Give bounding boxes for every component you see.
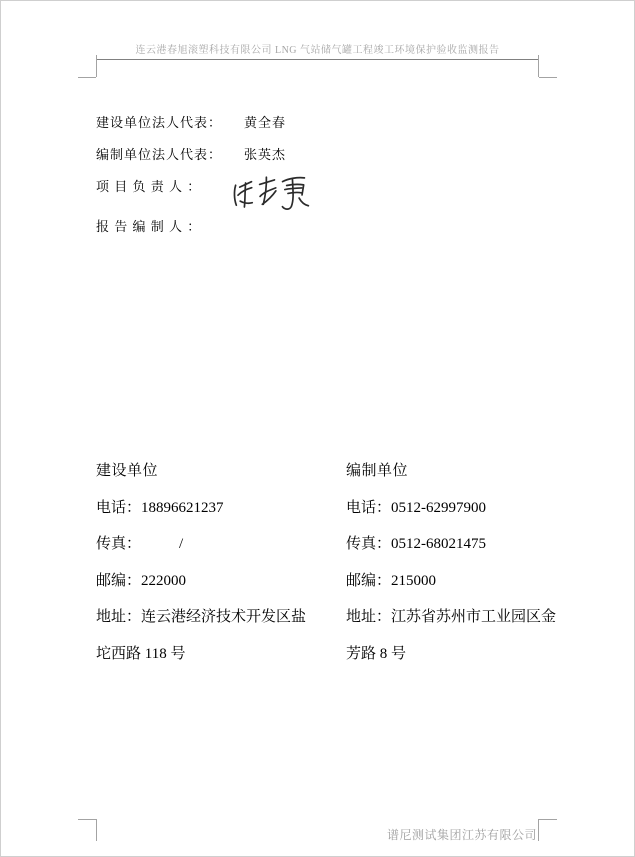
crop-mark-bottom-right-vertical <box>538 819 539 841</box>
compiler-phone-value: 0512-62997900 <box>391 500 486 516</box>
compiler-phone-row: 电话：0512-62997900 <box>346 490 564 527</box>
builder-contact-block: 建设单位 电话：18896621237 传真：/ 邮编：222000 地址：连云… <box>96 453 341 672</box>
compiler-zip-row: 邮编：215000 <box>346 563 564 600</box>
builder-phone-row: 电话：18896621237 <box>96 490 314 527</box>
report-author-label: 报 告 编 制 人 ： <box>96 219 201 234</box>
compiler-legal-representative-value: 张英杰 <box>244 147 286 162</box>
builder-zip-label: 邮编： <box>96 573 141 589</box>
crop-mark-top-left-foot <box>78 77 96 78</box>
page-header-title: 连云港春旭滚塑科技有限公司 LNG 气站储气罐工程竣工环境保护验收监测报告 <box>96 41 539 56</box>
compiler-address-row: 地址：江苏省苏州市工业园区金芳路 8 号 <box>346 599 564 672</box>
builder-phone-value: 18896621237 <box>141 500 224 516</box>
builder-legal-representative-row: 建设单位法人代表：黄全春 <box>96 113 516 132</box>
builder-phone-label: 电话： <box>96 500 141 516</box>
builder-legal-representative-value: 黄全春 <box>244 115 286 130</box>
builder-zip-value: 222000 <box>141 573 186 589</box>
crop-mark-top-right-foot <box>539 77 557 78</box>
compiler-fax-value: 0512-68021475 <box>391 536 486 552</box>
crop-mark-bottom-left-foot <box>78 819 96 820</box>
compiler-zip-label: 邮编： <box>346 573 391 589</box>
compiler-address-label: 地址： <box>346 609 391 625</box>
page-footer-company: 谱尼测试集团江苏有限公司 <box>387 826 537 843</box>
builder-address-label: 地址： <box>96 609 141 625</box>
header-rule <box>96 59 539 60</box>
crop-mark-top-right-vertical <box>538 55 539 77</box>
compiler-legal-representative-row: 编制单位法人代表：张英杰 <box>96 145 516 164</box>
compiler-phone-label: 电话： <box>346 500 391 516</box>
project-leader-label: 项 目 负 责 人 ： <box>96 179 201 194</box>
report-author-row: 报 告 编 制 人 ： <box>96 217 516 236</box>
compiler-fax-label: 传真： <box>346 536 391 552</box>
project-leader-signature <box>229 173 315 217</box>
builder-address-row: 地址：连云港经济技术开发区盐坨西路 118 号 <box>96 599 314 672</box>
builder-fax-value: / <box>141 536 183 552</box>
compiler-section-title: 编制单位 <box>346 453 564 490</box>
builder-zip-row: 邮编：222000 <box>96 563 314 600</box>
compiler-fax-row: 传真：0512-68021475 <box>346 526 564 563</box>
crop-mark-top-left-vertical <box>96 55 97 77</box>
document-page: 连云港春旭滚塑科技有限公司 LNG 气站储气罐工程竣工环境保护验收监测报告 建设… <box>0 0 635 857</box>
crop-mark-bottom-right-foot <box>539 819 557 820</box>
builder-fax-label: 传真： <box>96 536 141 552</box>
builder-section-title: 建设单位 <box>96 453 314 490</box>
builder-legal-representative-label: 建设单位法人代表： <box>96 115 222 130</box>
compiler-legal-representative-label: 编制单位法人代表： <box>96 147 222 162</box>
compiler-contact-block: 编制单位 电话：0512-62997900 传真：0512-68021475 邮… <box>346 453 591 672</box>
builder-fax-row: 传真：/ <box>96 526 314 563</box>
crop-mark-bottom-left-vertical <box>96 819 97 841</box>
compiler-zip-value: 215000 <box>391 573 436 589</box>
